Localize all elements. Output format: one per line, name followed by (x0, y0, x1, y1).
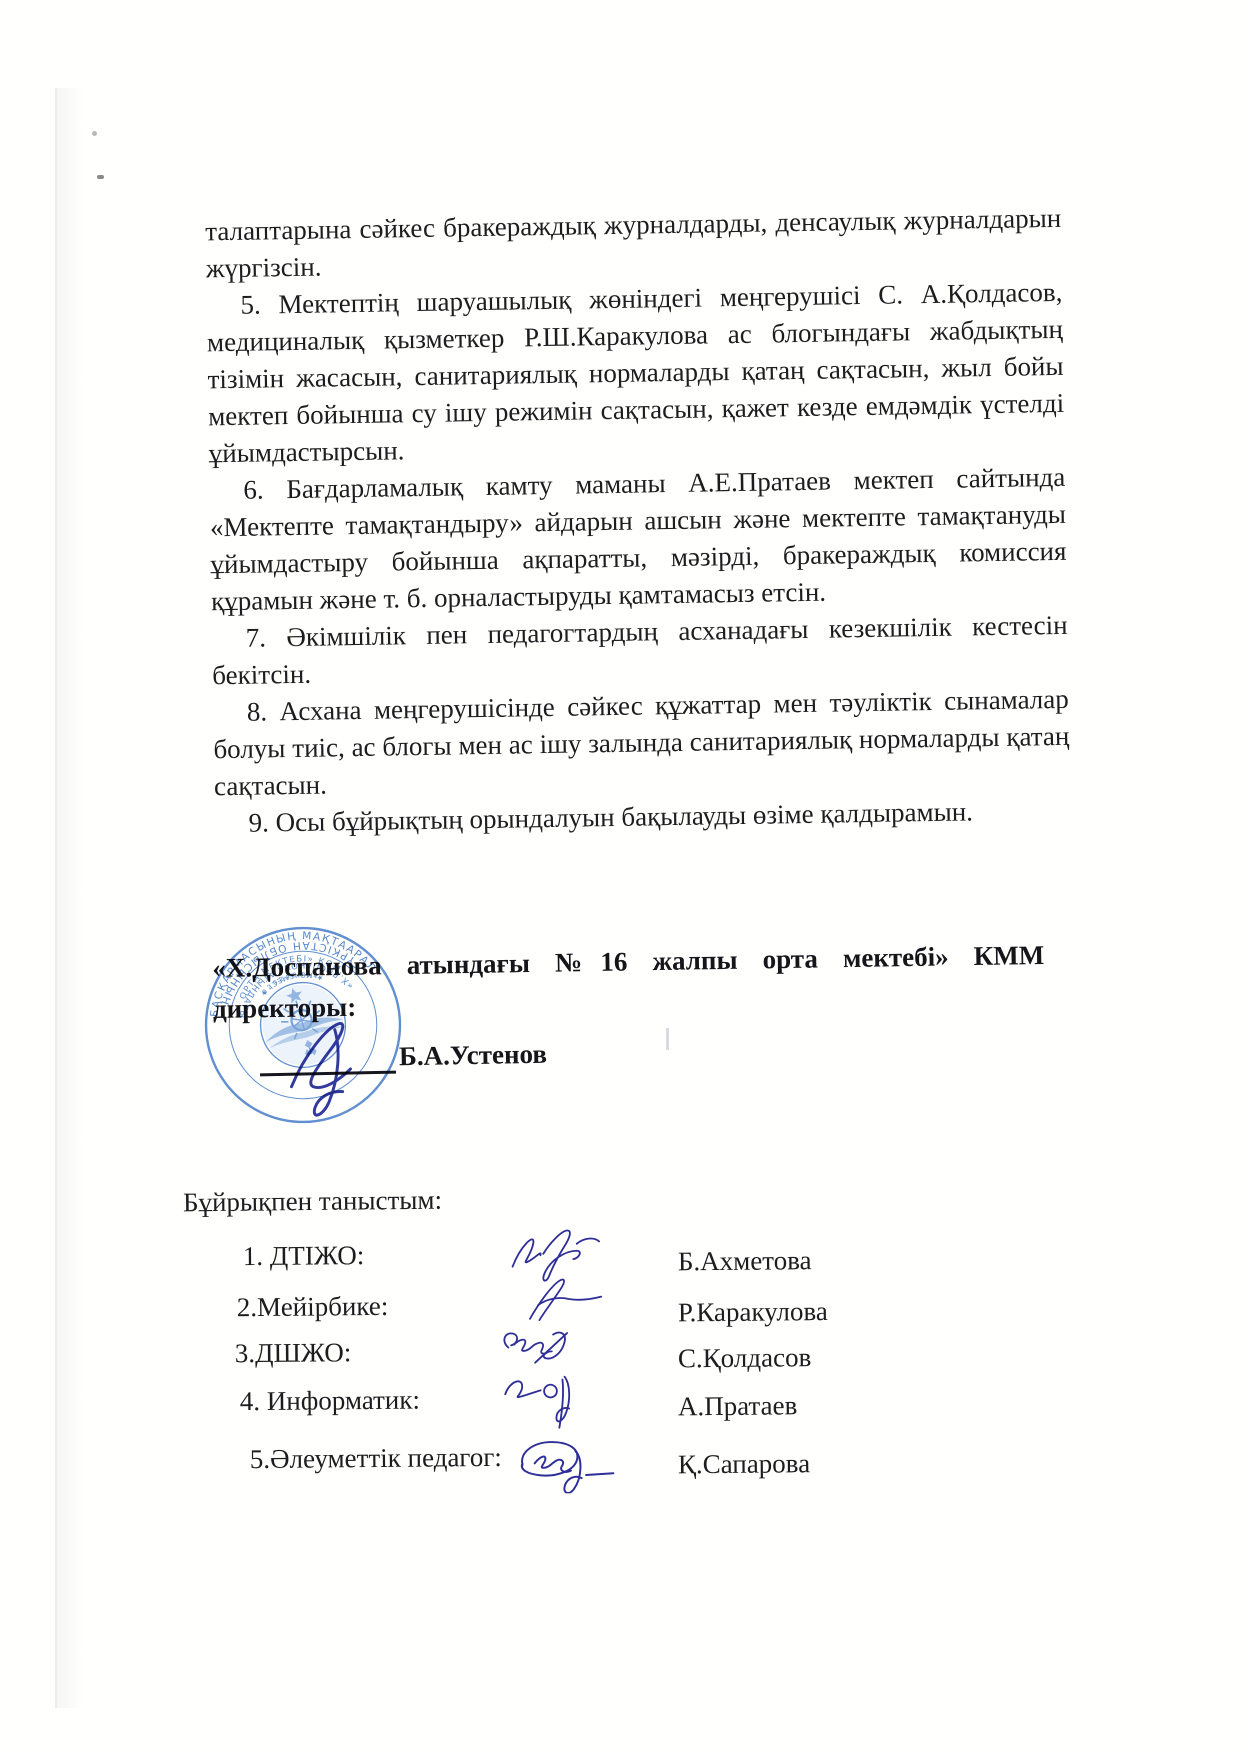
signer-role-label: 4. Информатик: (240, 1385, 420, 1418)
signer-name: Р.Каракулова (678, 1296, 828, 1328)
signer-role-label: 5.Әлеуметтік педагог: (250, 1442, 502, 1475)
scanned-order-page: талаптарына сәйкес бракераждық журналдар… (0, 0, 1241, 1754)
acknowledgement-block: Бұйрықпен таныстым: 1. ДТІЖО: Б.Ахметова… (0, 0, 1241, 1754)
signer-signature-ink (507, 1276, 615, 1325)
signer-role-label: 3.ДШЖО: (235, 1337, 352, 1369)
signer-signature-ink (489, 1321, 601, 1372)
signer-name: С.Қолдасов (678, 1342, 812, 1374)
signer-signature-ink (499, 1431, 638, 1494)
signer-row: 5.Әлеуметтік педагог: Қ.Сапарова (235, 1438, 976, 1514)
signer-name: Б.Ахметова (678, 1245, 812, 1277)
signer-role-label: 2.Мейірбике: (237, 1291, 389, 1323)
signer-name: А.Пратаев (678, 1390, 798, 1422)
acknowledgement-heading: Бұйрықпен таныстым: (183, 1185, 442, 1219)
signer-signature-ink (497, 1369, 590, 1430)
signer-name: Қ.Сапарова (678, 1448, 810, 1480)
signer-role-label: 1. ДТІЖО: (243, 1240, 365, 1272)
